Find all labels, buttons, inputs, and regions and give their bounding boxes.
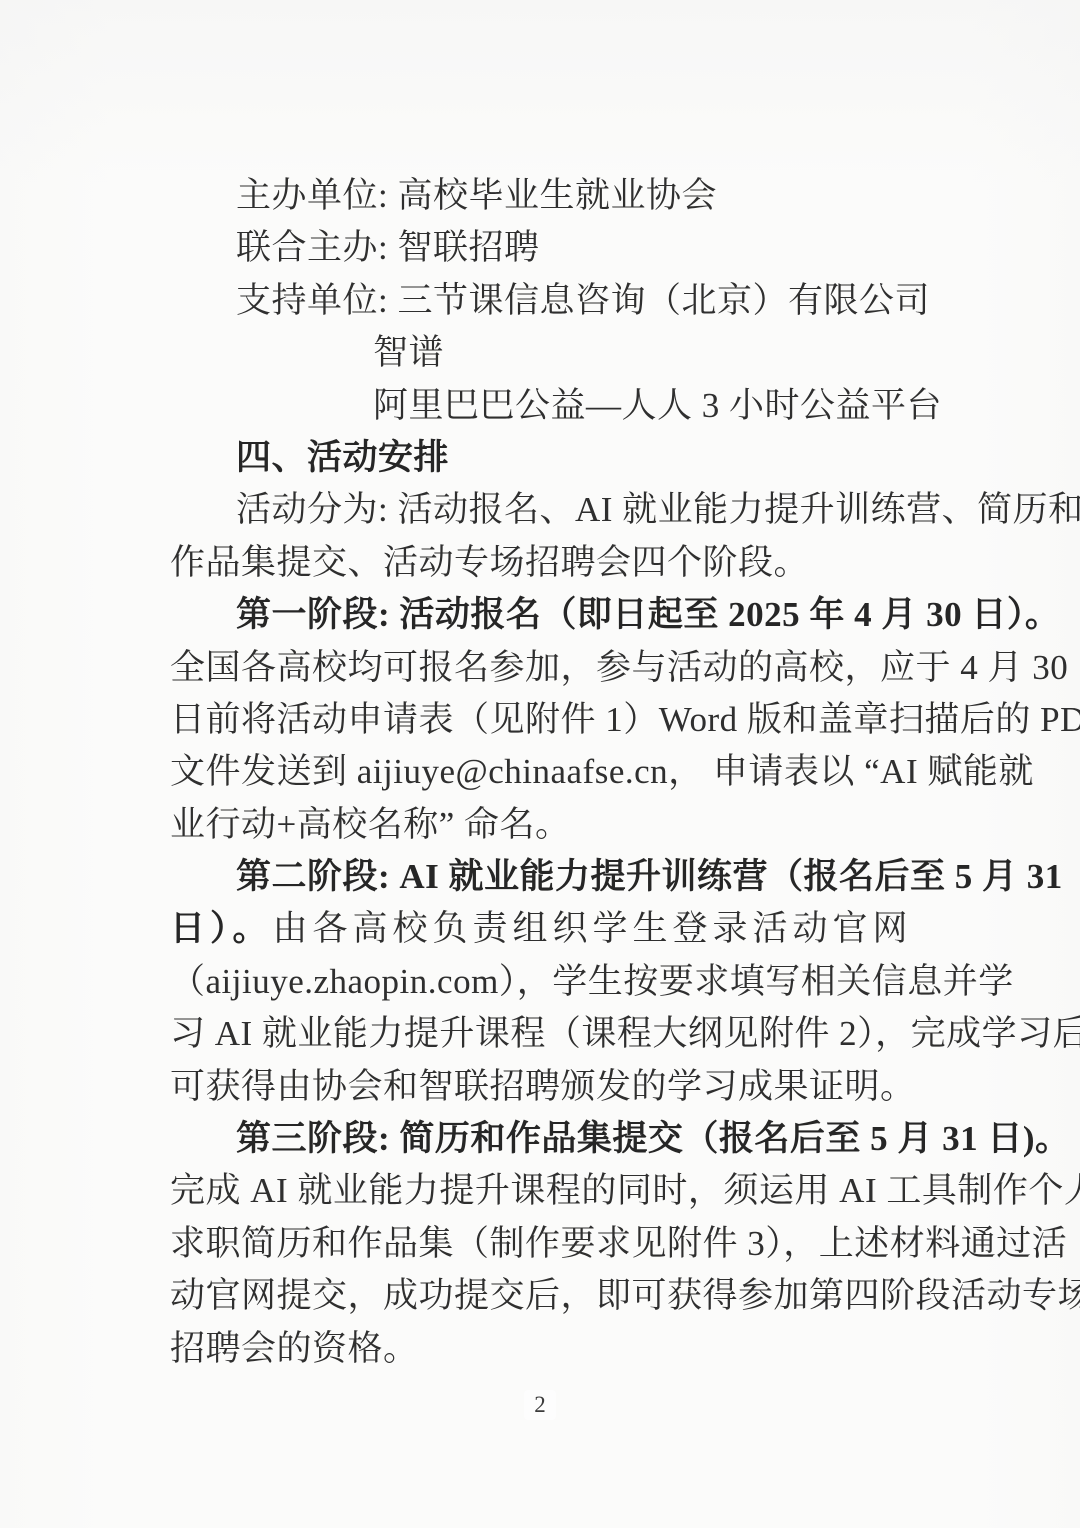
doc-text: 招聘会的资格。 bbox=[170, 1329, 419, 1368]
doc-text: 文件发送到 aijiuye@chinaafse.cn， 申请表以 “AI 赋能就 bbox=[170, 752, 1034, 791]
doc-line: 第二阶段: AI 就业能力提升训练营（报名后至 5 月 31 bbox=[170, 851, 915, 903]
doc-line: 日）。由各高校负责组织学生登录活动官网 bbox=[170, 903, 915, 955]
doc-text-bold: 第二阶段: AI 就业能力提升训练营（报名后至 5 月 31 bbox=[236, 857, 1063, 896]
doc-line: 活动分为: 活动报名、AI 就业能力提升训练营、简历和 bbox=[170, 484, 915, 536]
doc-line: （aijiuye.zhaopin.com），学生按要求填写相关信息并学 bbox=[170, 956, 915, 1008]
doc-line: 四、活动安排 bbox=[170, 432, 915, 484]
doc-line: 完成 AI 就业能力提升课程的同时，须运用 AI 工具制作个人 bbox=[170, 1165, 915, 1217]
doc-line: 可获得由协会和智联招聘颁发的学习成果证明。 bbox=[170, 1061, 915, 1113]
doc-line: 作品集提交、活动专场招聘会四个阶段。 bbox=[170, 537, 915, 589]
doc-line: 主办单位: 高校毕业生就业协会 bbox=[170, 170, 915, 222]
doc-line: 日前将活动申请表（见附件 1）Word 版和盖章扫描后的 PDF bbox=[170, 694, 915, 746]
doc-text: 完成 AI 就业能力提升课程的同时，须运用 AI 工具制作个人 bbox=[170, 1171, 1080, 1210]
doc-text: 联合主办: 智联招聘 bbox=[236, 228, 539, 267]
doc-text: 阿里巴巴公益—人人 3 小时公益平台 bbox=[373, 386, 942, 425]
doc-text: 主办单位: 高校毕业生就业协会 bbox=[236, 176, 717, 215]
doc-text-bold: 四、活动安排 bbox=[236, 438, 449, 477]
doc-text: （aijiuye.zhaopin.com），学生按要求填写相关信息并学 bbox=[170, 962, 1014, 1001]
doc-line: 全国各高校均可报名参加，参与活动的高校，应于 4 月 30 bbox=[170, 642, 915, 694]
doc-text: 全国各高校均可报名参加，参与活动的高校，应于 4 月 30 bbox=[170, 648, 1068, 687]
doc-line: 招聘会的资格。 bbox=[170, 1323, 915, 1375]
doc-text: 作品集提交、活动专场招聘会四个阶段。 bbox=[170, 543, 809, 582]
doc-line: 阿里巴巴公益—人人 3 小时公益平台 bbox=[170, 380, 915, 432]
doc-line: 第一阶段: 活动报名（即日起至 2025 年 4 月 30 日）。 bbox=[170, 589, 915, 641]
doc-line: 习 AI 就业能力提升课程（课程大纲见附件 2），完成学习后 bbox=[170, 1008, 915, 1060]
doc-line: 业行动+高校名称” 命名。 bbox=[170, 799, 915, 851]
doc-lines: 主办单位: 高校毕业生就业协会联合主办: 智联招聘支持单位: 三节课信息咨询（北… bbox=[170, 170, 915, 1375]
doc-line: 支持单位: 三节课信息咨询（北京）有限公司 bbox=[170, 275, 915, 327]
doc-text: 业行动+高校名称” 命名。 bbox=[170, 805, 571, 844]
doc-text: 动官网提交，成功提交后，即可获得参加第四阶段活动专场 bbox=[170, 1276, 1080, 1315]
doc-line: 联合主办: 智联招聘 bbox=[170, 222, 915, 274]
doc-text: 求职简历和作品集（制作要求见附件 3），上述材料通过活 bbox=[170, 1224, 1067, 1263]
doc-line: 文件发送到 aijiuye@chinaafse.cn， 申请表以 “AI 赋能就 bbox=[170, 746, 915, 798]
doc-line: 第三阶段: 简历和作品集提交（报名后至 5 月 31 日)。 bbox=[170, 1113, 915, 1165]
doc-text-bold: 第三阶段: 简历和作品集提交（报名后至 5 月 31 日)。 bbox=[236, 1119, 1071, 1158]
doc-text: 日前将活动申请表（见附件 1）Word 版和盖章扫描后的 PDF bbox=[170, 700, 1080, 739]
doc-line: 智谱 bbox=[170, 327, 915, 379]
document-body: 主办单位: 高校毕业生就业协会联合主办: 智联招聘支持单位: 三节课信息咨询（北… bbox=[170, 170, 915, 1375]
doc-text: 习 AI 就业能力提升课程（课程大纲见附件 2），完成学习后 bbox=[170, 1014, 1080, 1053]
doc-text-bold: 第一阶段: 活动报名（即日起至 2025 年 4 月 30 日）。 bbox=[236, 595, 1060, 634]
doc-text: 可获得由协会和智联招聘颁发的学习成果证明。 bbox=[170, 1067, 916, 1106]
doc-text: 支持单位: 三节课信息咨询（北京）有限公司 bbox=[236, 281, 930, 320]
doc-text: 智谱 bbox=[373, 333, 444, 372]
doc-text-bold: 日）。 bbox=[170, 909, 273, 948]
page-number: 2 bbox=[524, 1390, 556, 1420]
doc-text: 由各高校负责组织学生登录活动官网 bbox=[273, 909, 913, 948]
doc-line: 动官网提交，成功提交后，即可获得参加第四阶段活动专场 bbox=[170, 1270, 915, 1322]
page-footer: 2 bbox=[0, 1390, 1080, 1420]
doc-text: 活动分为: 活动报名、AI 就业能力提升训练营、简历和 bbox=[236, 490, 1080, 529]
doc-line: 求职简历和作品集（制作要求见附件 3），上述材料通过活 bbox=[170, 1218, 915, 1270]
